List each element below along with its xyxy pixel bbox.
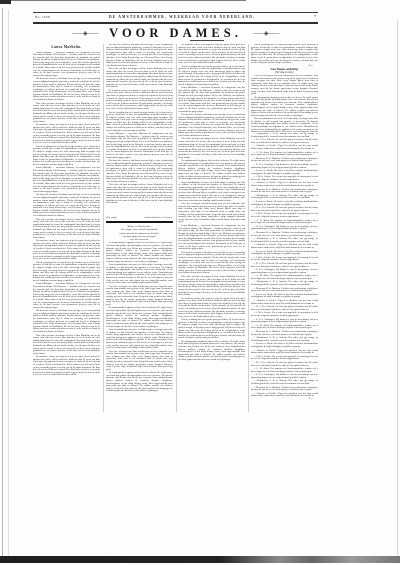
text-block: De moderne vrouw, zoo ongeveer zegt zij … <box>178 44 245 412</box>
scan-edge-left-inner <box>8 10 9 555</box>
paragraph: De najaarsmodes beginnen zich reeds te t… <box>178 341 245 362</box>
text-block: Laura Marholm — mevrouw Hansson, de echt… <box>33 52 100 410</box>
correspondence-item: — J. M. te Leiden. Uw recept voor appelg… <box>251 213 318 218</box>
correspondence-item: — C. W. alhier. Het patroon der kinderma… <box>251 152 318 157</box>
paragraph: Voor avondtoiletten ziet men veel licht … <box>106 329 173 350</box>
correspondence-item: — Abonnée te Zwolle. Tegen het uitvallen… <box>251 393 318 397</box>
paragraph: Laura Marholm — mevrouw Hansson, de echt… <box>178 225 245 251</box>
paragraph: Het boek der vrouwen, dat thans voor ons… <box>178 114 245 137</box>
ornament-icon: ――◈―― <box>253 31 279 37</box>
paragraph: Niet ieder zal hare meeningen deelen. La… <box>33 103 100 124</box>
text-column-2: Het boek der vrouwen, dat thans voor ons… <box>106 44 173 414</box>
paragraph: Laura Marholm — mevrouw Hansson, de echt… <box>106 133 173 159</box>
text-column-4: Van de vertaling kan veel goeds gezegd w… <box>251 44 318 414</box>
ornament-icon: ――◈―― <box>72 31 98 37</box>
signature-line: (Slot volgt.)Amsterdamsche Courant. <box>106 216 173 219</box>
correspondence-item: — Abonnée te Zwolle. Tegen het uitvallen… <box>251 182 318 187</box>
paragraph: Laura Marholm — mevrouw Hansson, de echt… <box>33 283 100 309</box>
paragraph: De moderne vrouw, zoo ongeveer zegt zij … <box>33 124 100 145</box>
correspondence-block: — Mejuffrouw A. B. te Arnhem. Het adres,… <box>251 133 318 397</box>
paragraph: Het boek der vrouwen, dat thans voor ons… <box>33 194 100 217</box>
column-divider <box>176 44 177 412</box>
paragraph: Niet ieder zal hare meeningen deelen. La… <box>106 68 173 89</box>
notice-block: Modes en Handwerken.Alle vragen, deze ru… <box>106 225 173 240</box>
paragraph: De moderne vrouw, zoo ongeveer zegt zij … <box>33 356 100 377</box>
paragraph: Laura Marholm — mevrouw Hansson, de echt… <box>178 87 245 113</box>
paragraph: Van de vertaling kan veel goeds gezegd w… <box>178 66 245 87</box>
paragraph: Over het verzorgen van kant schrijft men… <box>251 75 318 96</box>
correspondence-item: — Lezeres te Breda. Het boek is bij elke… <box>251 343 318 348</box>
paragraph: Laura Marholm — mevrouw Hansson, de echt… <box>33 167 100 193</box>
scan-edge-bottom <box>0 556 400 563</box>
paragraph: De najaarsmodes beginnen zich reeds te t… <box>251 97 318 118</box>
column-divider <box>103 44 104 412</box>
paragraph: Niet ieder zal hare meeningen deelen. La… <box>33 335 100 356</box>
text-column-3: De moderne vrouw, zoo ongeveer zegt zij … <box>178 44 245 414</box>
paragraph: De moderne vrouw, zoo ongeveer zegt zij … <box>106 90 173 111</box>
paragraph: Laura Marholm — mevrouw Hansson, de echt… <box>33 52 100 78</box>
paragraph: Van de vertaling kan veel goeds gezegd w… <box>106 112 173 133</box>
correspondence-item: — Abonnée te Zwolle. Tegen het uitvallen… <box>251 145 318 150</box>
paragraph: De najaarsmodes beginnen zich reeds te t… <box>106 307 173 328</box>
initials: E. v. <box>251 397 318 400</box>
section-masthead: ――◈―― VOOR DAMES. ――◈―― <box>33 26 318 41</box>
paragraph: De najaarsmodes beginnen zich reeds te t… <box>106 242 173 263</box>
paragraph: De moderne vrouw, zoo ongeveer zegt zij … <box>178 298 245 319</box>
paragraph: Niet ieder zal hare meeningen deelen. La… <box>106 184 173 205</box>
correspondence-item: — Abonnée te Zwolle. Tegen het uitvallen… <box>251 350 318 355</box>
paragraph: Niet ieder zal hare meeningen deelen. La… <box>178 276 245 297</box>
paragraph: Over het verzorgen van kant schrijft men… <box>106 351 173 372</box>
paragraph: De najaarsmodes beginnen zich reeds te t… <box>178 160 245 181</box>
scan-edge-left <box>2 8 3 560</box>
paragraph: Over het verzorgen van kant schrijft men… <box>106 286 173 307</box>
paragraph: Het boek der vrouwen, dat thans voor ons… <box>178 252 245 275</box>
masthead-underline <box>190 40 224 41</box>
text-block: Van de vertaling kan veel goeds gezegd w… <box>251 44 318 64</box>
correspondence-item: — C. W. alhier. Het patroon der kinderma… <box>251 220 318 225</box>
correspondence-item: — Lezeres te Breda. Het boek is bij elke… <box>251 251 318 256</box>
paragraph: Voor avondtoiletten ziet men veel licht … <box>106 264 173 285</box>
header-rule <box>33 22 318 25</box>
text-block: Het boek der vrouwen, dat thans voor ons… <box>106 44 173 216</box>
paragraph: Voor avondtoiletten ziet men veel licht … <box>251 118 318 133</box>
paragraph: Niet ieder zal hare meeningen deelen. La… <box>33 219 100 240</box>
paragraph: De moderne vrouw, zoo ongeveer zegt zij … <box>33 240 100 261</box>
correspondence-item: — J. M. te Leiden. Uw recept voor appelg… <box>251 312 318 317</box>
correspondence-item: — Mejuffrouw A. B. te Arnhem. Het adres,… <box>251 380 318 385</box>
scan-edge-right <box>397 20 398 555</box>
notice-line: voor het antwoord. <box>106 238 173 241</box>
paragraph: Van de vertaling kan veel goeds gezegd w… <box>178 319 245 340</box>
paragraph: Voor avondtoiletten ziet men veel licht … <box>178 182 245 203</box>
paragraph: Het boek der vrouwen, dat thans voor ons… <box>106 44 173 67</box>
text-block: Over het verzorgen van kant schrijft men… <box>251 75 318 133</box>
column-area: Laura Marholm.Laura Marholm — mevrouw Ha… <box>33 44 318 414</box>
correspondence-item: — E. S. te Groningen. Wij danken u voor … <box>251 319 318 324</box>
page-title: VOOR DAMES. <box>109 26 242 41</box>
article-heading: Laura Marholm. <box>33 45 100 49</box>
separator-bar <box>106 221 173 223</box>
paragraph: De najaarsmodes beginnen zich reeds te t… <box>106 372 173 393</box>
paragraph: Het boek der vrouwen, dat thans voor ons… <box>106 160 173 183</box>
paragraph: Van de vertaling kan veel goeds gezegd w… <box>33 262 100 283</box>
paragraph: Over het verzorgen van kant schrijft men… <box>178 203 245 224</box>
paragraph: Van de vertaling kan veel goeds gezegd w… <box>33 146 100 167</box>
text-column-1: Laura Marholm.Laura Marholm — mevrouw Ha… <box>33 44 100 414</box>
paragraph: Het boek der vrouwen, dat thans voor ons… <box>33 310 100 333</box>
page-header: No. 1056 De Amsterdammer, Weekblad voor … <box>33 12 318 21</box>
issue-number: No. 1056 <box>35 15 50 19</box>
paragraph: Het boek der vrouwen, dat thans voor ons… <box>33 78 100 101</box>
newspaper-name: De Amsterdammer, Weekblad voor Nederland… <box>109 15 255 19</box>
text-block: De najaarsmodes beginnen zich reeds te t… <box>106 242 173 412</box>
scan-edge-top <box>0 0 246 1</box>
paragraph: Van de vertaling kan veel goeds gezegd w… <box>251 44 318 64</box>
continuation-note: (Slot volgt.) <box>106 216 117 219</box>
scan-corner-mark <box>0 0 11 4</box>
page-number: 7 <box>314 15 316 19</box>
paragraph: Niet ieder zal hare meeningen deelen. La… <box>178 138 245 159</box>
correspondence-item: — Mejuffrouw A. B. te Arnhem. Het adres,… <box>251 281 318 286</box>
paragraph: De moderne vrouw, zoo ongeveer zegt zij … <box>178 44 245 65</box>
correspondence-item: — Abonnée te Zwolle. Tegen het uitvallen… <box>251 244 318 249</box>
column-divider <box>248 44 249 412</box>
source-attribution: Amsterdamsche Courant. <box>144 216 173 219</box>
